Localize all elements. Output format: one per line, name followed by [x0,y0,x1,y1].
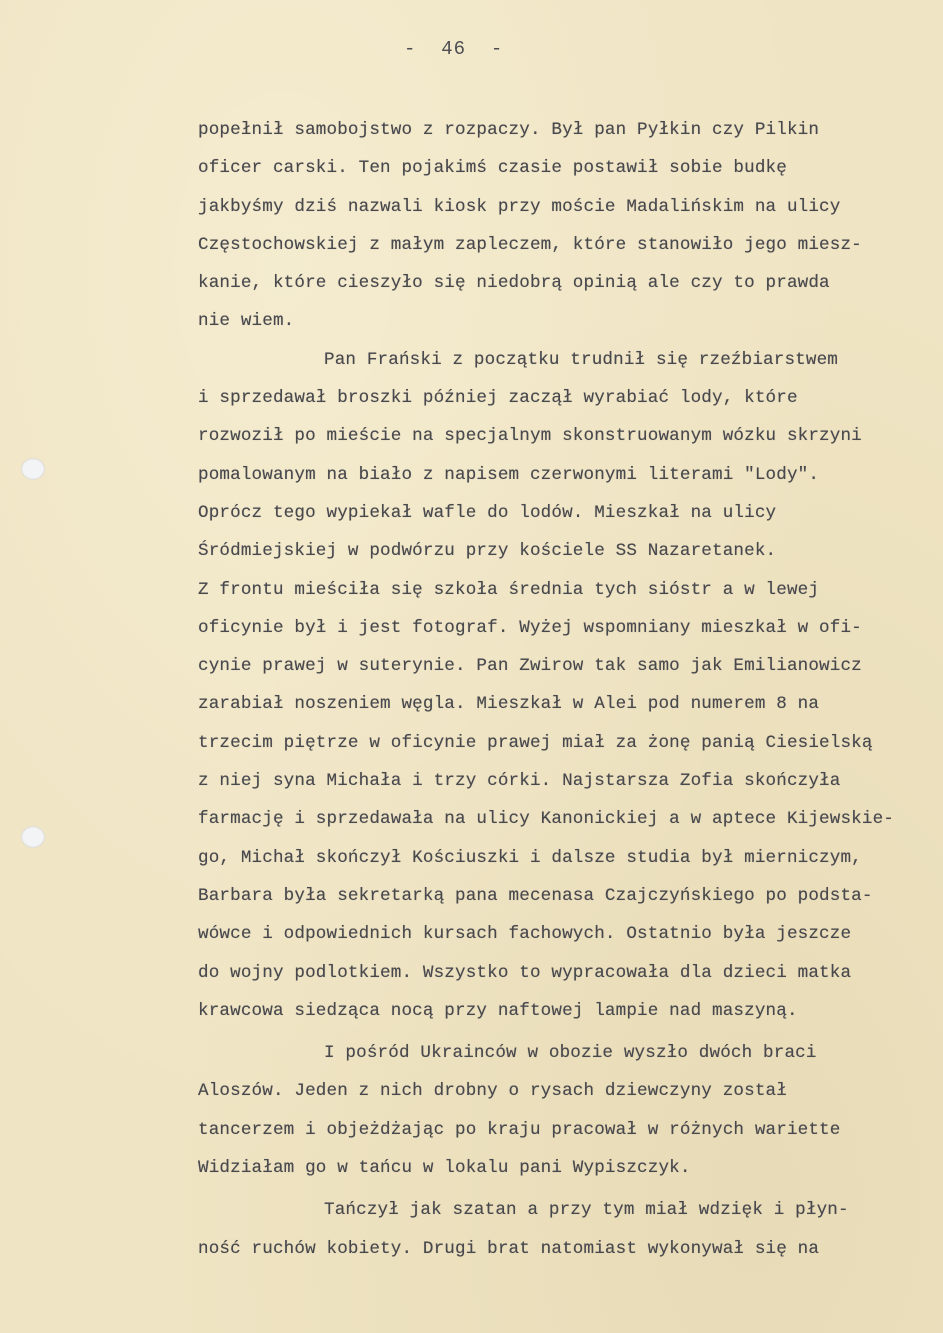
text-line: cynie prawej w suterynie. Pan Zwirow tak… [198,653,943,691]
typewritten-page: - 46 - popełnił samobojstwo z rozpaczy. … [0,0,943,1333]
text-line: nie wiem. [198,308,943,346]
text-line: trzecim piętrze w oficynie prawej miał z… [198,730,943,768]
text-line: oficer carski. Ten pojakimś czasie posta… [198,155,943,193]
text-line: kanie, które cieszyło się niedobrą opini… [198,270,943,308]
paragraph-start-line: Tańczył jak szatan a przy tym miał wdzię… [198,1197,943,1235]
paragraph-start-line: Pan Frański z początku trudnił się rzeźb… [198,347,943,385]
text-line: popełnił samobojstwo z rozpaczy. Był pan… [198,117,943,155]
text-line: do wojny podlotkiem. Wszystko to wypraco… [198,960,943,998]
punch-hole-lower [21,826,45,848]
text-line: go, Michał skończył Kościuszki i dalsze … [198,845,943,883]
text-line: Widziałam go w tańcu w lokalu pani Wypis… [198,1155,943,1193]
text-line: Barbara była sekretarką pana mecenasa Cz… [198,883,943,921]
text-line: i sprzedawał broszki później zaczął wyra… [198,385,943,423]
text-line: tancerzem i objeżdżając po kraju pracowa… [198,1117,943,1155]
text-line: Aloszów. Jeden z nich drobny o rysach dz… [198,1078,943,1116]
text-line: rozwoził po mieście na specjalnym skonst… [198,423,943,461]
paragraph-start-line: I pośród Ukrainców w obozie wyszło dwóch… [198,1040,943,1078]
text-line: zarabiał noszeniem węgla. Mieszkał w Ale… [198,691,943,729]
body-text: popełnił samobojstwo z rozpaczy. Był pan… [198,117,943,1274]
text-line: pomalowanym na biało z napisem czerwonym… [198,462,943,500]
text-line: jakbyśmy dziś nazwali kiosk przy moście … [198,194,943,232]
text-line: farmację i sprzedawała na ulicy Kanonick… [198,806,943,844]
text-line: Z frontu mieściła się szkoła średnia tyc… [198,577,943,615]
text-line: wówce i odpowiednich kursach fachowych. … [198,921,943,959]
text-line: Oprócz tego wypiekał wafle do lodów. Mie… [198,500,943,538]
text-line: ność ruchów kobiety. Drugi brat natomias… [198,1236,943,1274]
page-number: - 46 - [404,38,514,60]
punch-hole-upper [21,458,45,480]
text-line: krawcowa siedząca nocą przy naftowej lam… [198,998,943,1036]
text-line: Śródmiejskiej w podwórzu przy kościele S… [198,538,943,576]
text-line: z niej syna Michała i trzy córki. Najsta… [198,768,943,806]
text-line: Częstochowskiej z małym zapleczem, które… [198,232,943,270]
text-line: oficynie był i jest fotograf. Wyżej wspo… [198,615,943,653]
